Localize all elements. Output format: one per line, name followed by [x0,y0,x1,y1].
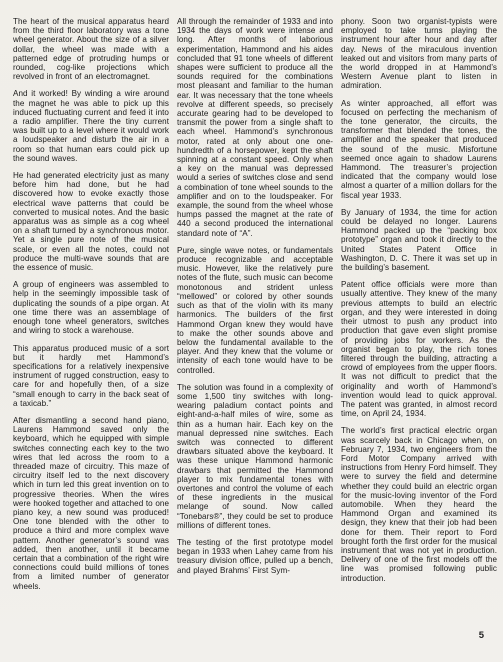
paragraph: All through the remainder of 1933 and in… [177,17,333,238]
paragraph: By January of 1934, the time for action … [341,208,497,272]
paragraph: Patent office officials were more than u… [341,280,497,418]
text-column-middle: All through the remainder of 1933 and in… [177,17,333,599]
text-column-right: phony. Soon two organist-typists were em… [341,17,497,599]
paragraph: Pure, single wave notes, or fundamentals… [177,246,333,375]
paragraph: After dismantling a second hand piano, L… [13,416,169,591]
paragraph: As winter approached, all effort was foc… [341,99,497,200]
paragraph: The world’s first practical electric org… [341,426,497,582]
paragraph: phony. Soon two organist-typists were em… [341,17,497,91]
book-page: The heart of the musical apparatus heard… [0,0,503,662]
paragraph: The heart of the musical apparatus heard… [13,17,169,81]
paragraph: This apparatus produced music of a sort … [13,344,169,408]
paragraph: The solution was found in a complexity o… [177,383,333,530]
paragraph: He had generated electricity just as man… [13,171,169,272]
paragraph: And it worked! By winding a wire around … [13,89,169,163]
text-column-left: The heart of the musical apparatus heard… [13,17,169,599]
paragraph: A group of engineers was assembled to he… [13,280,169,335]
page-number: 5 [479,630,484,641]
paragraph: The testing of the first prototype model… [177,538,333,575]
text-columns: The heart of the musical apparatus heard… [13,17,494,599]
